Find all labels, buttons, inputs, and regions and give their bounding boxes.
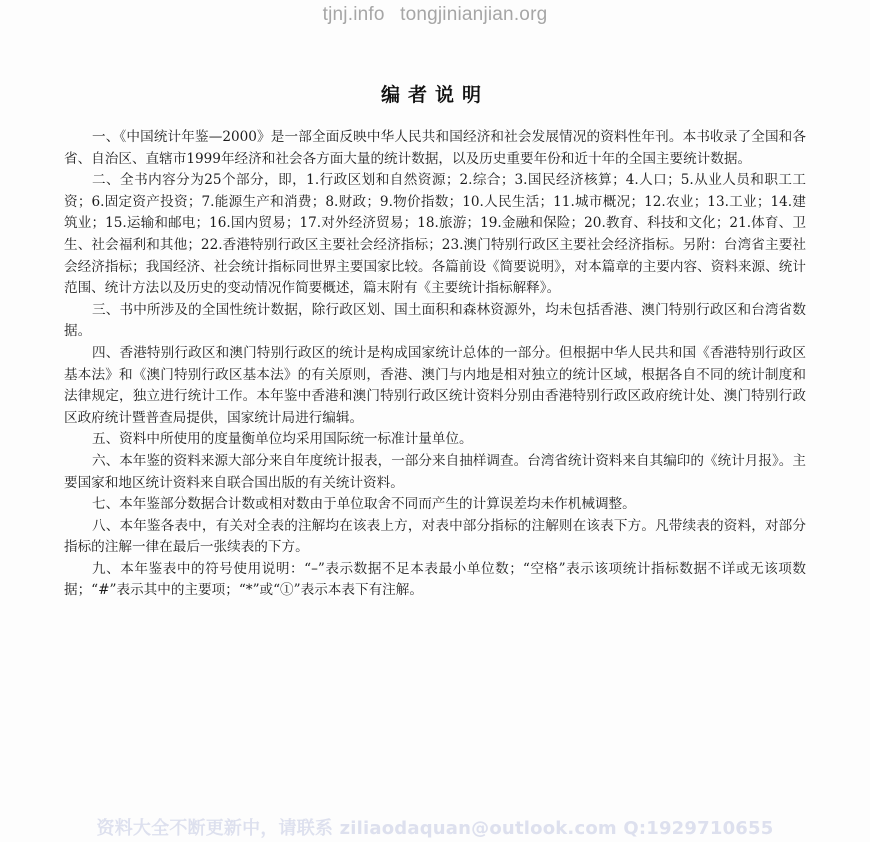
paragraph-9: 九、本年鉴表中的符号使用说明：“–”表示数据不足本表最小单位数；“空格”表示该项… <box>64 559 806 602</box>
paragraph-6: 六、本年鉴的资料来源大部分来自年度统计报表，一部分来自抽样调查。台湾省统计资料来… <box>64 451 806 494</box>
top-watermark: tjnj.info tongjinianjian.org <box>0 4 870 26</box>
paragraph-4: 四、香港特别行政区和澳门特别行政区的统计是构成国家统计总体的一部分。但根据中华人… <box>64 343 806 429</box>
paragraph-2: 二、全书内容分为25个部分，即，1.行政区划和自然资源；2.综合；3.国民经济核… <box>64 170 806 300</box>
paragraph-7: 七、本年鉴部分数据合计数或相对数由于单位取舍不同而产生的计算误差均未作机械调整。 <box>64 494 806 516</box>
paragraph-1: 一、《中国统计年鉴—2000》是一部全面反映中华人民共和国经济和社会发展情况的资… <box>64 127 806 170</box>
paragraph-3: 三、书中所涉及的全国性统计数据，除行政区划、国土面积和森林资源外，均未包括香港、… <box>64 300 806 343</box>
bottom-watermark: 资料大全不断更新中，请联系 ziliaodaquan@outlook.com Q… <box>0 814 870 840</box>
document-body: 一、《中国统计年鉴—2000》是一部全面反映中华人民共和国经济和社会发展情况的资… <box>64 127 806 602</box>
paragraph-5: 五、资料中所使用的度量衡单位均采用国际统一标准计量单位。 <box>64 429 806 451</box>
paragraph-8: 八、本年鉴各表中，有关对全表的注解均在该表上方，对表中部分指标的注解则在该表下方… <box>64 516 806 559</box>
page-title: 编者说明 <box>0 80 870 107</box>
